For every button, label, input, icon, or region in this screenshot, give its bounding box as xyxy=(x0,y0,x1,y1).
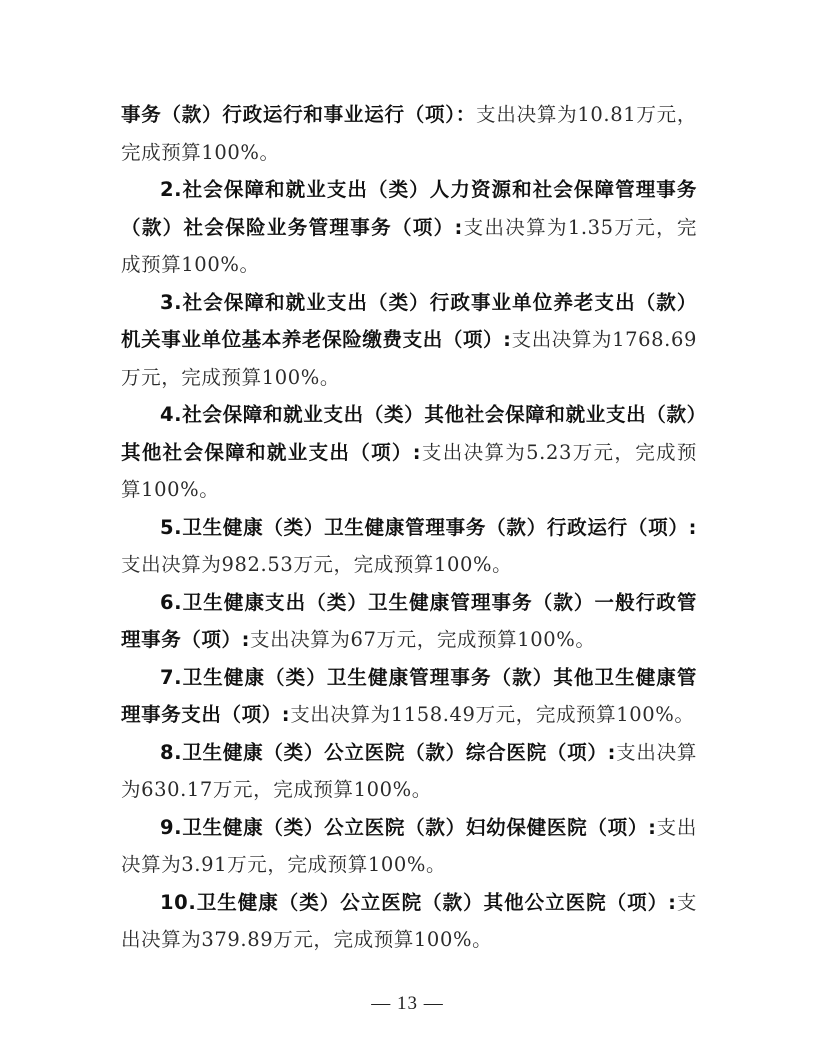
paragraph-item-5: 5.卫生健康（类）卫生健康管理事务（款）行政运行（项）:支出决算为982.53万… xyxy=(121,509,697,584)
page-number: — 13 — xyxy=(0,993,815,1015)
document-body: 事务（款）行政运行和事业运行（项）：支出决算为10.81万元，完成预算100%。… xyxy=(121,96,697,959)
item-heading: 9.卫生健康（类）公立医院（款）妇幼保健医院（项）: xyxy=(160,816,657,839)
item-text: 支出决算为1158.49万元，完成预算100%。 xyxy=(290,703,694,726)
paragraph-item-2: 2.社会保障和就业支出（类）人力资源和社会保障管理事务（款）社会保险业务管理事务… xyxy=(121,171,697,284)
paragraph-item-10: 10.卫生健康（类）公立医院（款）其他公立医院（项）:支出决算为379.89万元… xyxy=(121,884,697,959)
item-text: 支出决算为982.53万元，完成预算100%。 xyxy=(121,553,512,576)
item-text: 支出决算为67万元，完成预算100%。 xyxy=(250,628,595,651)
paragraph-item-6: 6.卫生健康支出（类）卫生健康管理事务（款）一般行政管理事务（项）:支出决算为6… xyxy=(121,584,697,659)
paragraph-item-4: 4.社会保障和就业支出（类）其他社会保障和就业支出（款）其他社会保障和就业支出（… xyxy=(121,396,697,509)
paragraph-item-7: 7.卫生健康（类）卫生健康管理事务（款）其他卫生健康管理事务支出（项）:支出决算… xyxy=(121,659,697,734)
item-heading: 10.卫生健康（类）公立医院（款）其他公立医院（项）: xyxy=(160,891,677,914)
item-heading: 8.卫生健康（类）公立医院（款）综合医院（项）: xyxy=(160,741,616,764)
paragraph-item-8: 8.卫生健康（类）公立医院（款）综合医院（项）:支出决算为630.17万元，完成… xyxy=(121,734,697,809)
paragraph-item-9: 9.卫生健康（类）公立医院（款）妇幼保健医院（项）:支出决算为3.91万元，完成… xyxy=(121,809,697,884)
paragraph-item-1-continued: 事务（款）行政运行和事业运行（项）：支出决算为10.81万元，完成预算100%。 xyxy=(121,96,697,171)
item-heading: 事务（款）行政运行和事业运行（项）： xyxy=(121,103,476,126)
item-heading: 5.卫生健康（类）卫生健康管理事务（款）行政运行（项）: xyxy=(160,516,697,539)
paragraph-item-3: 3.社会保障和就业支出（类）行政事业单位养老支出（款）机关事业单位基本养老保险缴… xyxy=(121,284,697,397)
